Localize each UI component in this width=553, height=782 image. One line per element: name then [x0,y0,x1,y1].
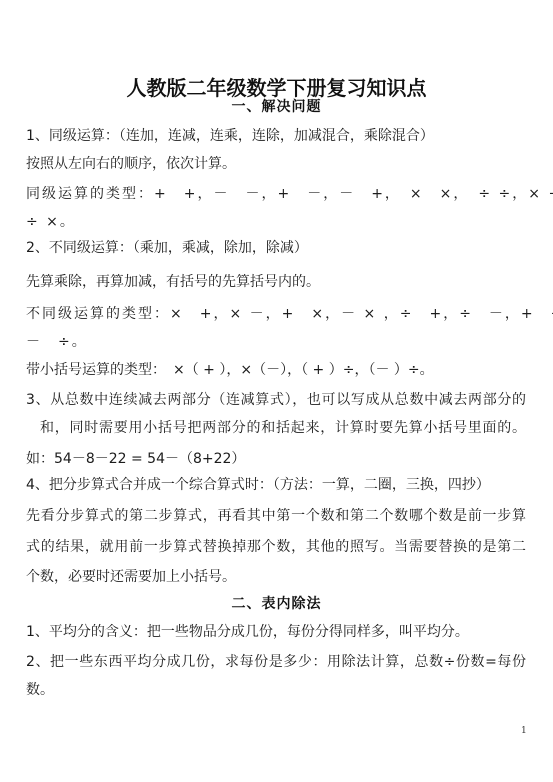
paragraph-line: 1、同级运算：（连加，连减，连乘，连除，加减混合，乘除混合） [26,127,434,145]
paragraph-line: 2、不同级运算：（乘加，乘减，除加，除减） [26,239,308,257]
page-number: 1 [521,726,527,736]
paragraph-line: 式的结果，就用前一步算式替换掉那个数，其他的照写。当需要替换的是第二 [26,538,526,556]
paragraph-line: 带小括号运算的类型： ×（ + ），×（－），（ + ）÷，（－ ）÷。 [26,361,434,379]
paragraph-line: 个数，必要时还需要加上小括号。 [26,568,236,586]
paragraph-line: － ÷。 [26,333,88,351]
paragraph-line: 3、从总数中连续减去两部分（连减算式），也可以写成从总数中减去两部分的 [26,391,526,409]
paragraph-line: 先算乘除，再算加减，有括号的先算括号内的。 [26,273,320,291]
paragraph-line: 按照从左向右的顺序，依次计算。 [26,155,236,173]
paragraph-line: 和，同时需要用小括号把两部分的和括起来，计算时要先算小括号里面的。 [40,419,526,437]
paragraph-line: 2、把一些东西平均分成几份，求每份是多少：用除法计算，总数÷份数=每份 [26,653,526,671]
paragraph-line: ÷ ×。 [26,213,76,231]
paragraph-line: 不同级运算的类型：× +，× －，+ ×，－ × ，÷ +，÷ －，+ ÷， [26,305,526,323]
paragraph-line: 如：54－8－22 = 54－（8+22） [26,450,245,468]
paragraph-line: 同级运算的类型：+ +，－ －，+ －，－ +， × ×， ÷ ÷，× ÷， [26,185,526,203]
paragraph-line: 4、把分步算式合并成一个综合算式时：（方法：一算，二圈，三换，四抄） [26,476,490,494]
paragraph-line: 数。 [26,681,54,699]
paragraph-line: 1、平均分的含义：把一些物品分成几份，每份分得同样多，叫平均分。 [26,623,469,641]
section-heading-1: 一、解决问题 [0,98,553,116]
paragraph-line: 先看分步算式的第二步算式，再看其中第一个数和第二个数哪个数是前一步算 [26,507,526,525]
document-page: 人教版二年级数学下册复习知识点 一、解决问题 1、同级运算：（连加，连减，连乘，… [0,0,553,782]
section-heading-2: 二、表内除法 [0,595,553,613]
